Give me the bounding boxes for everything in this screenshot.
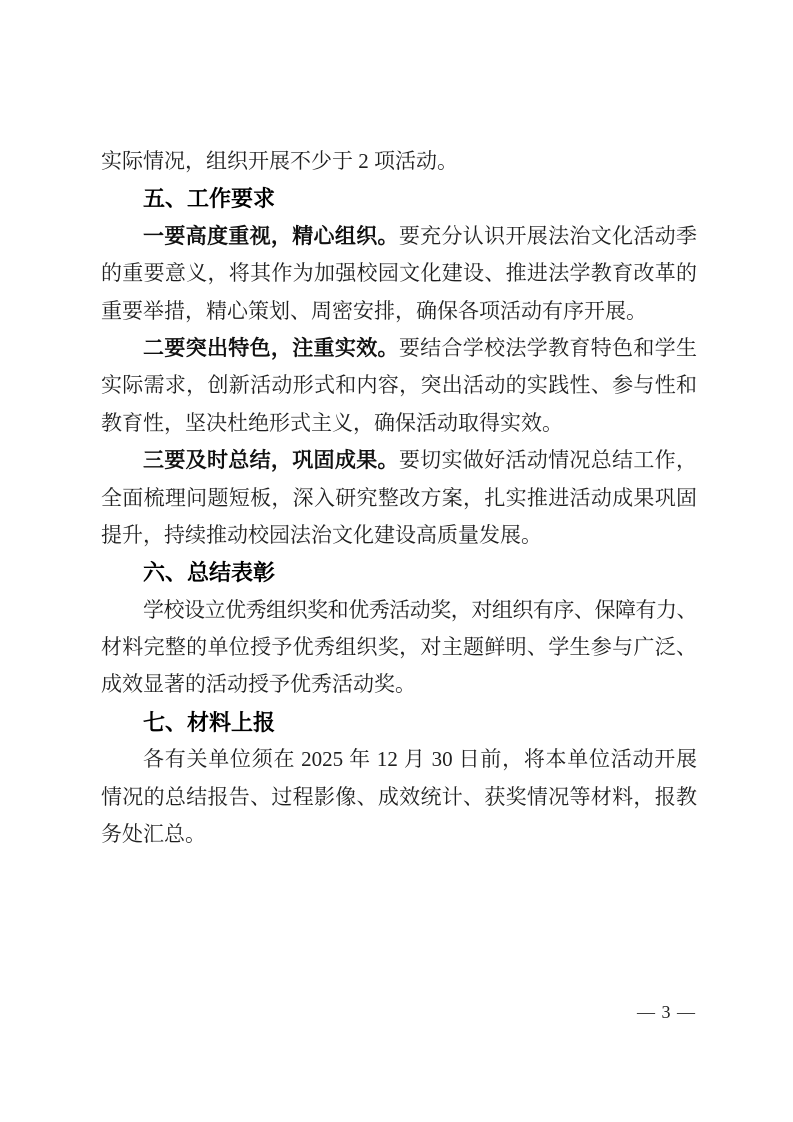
document-line: 各有关单位须在 2025 年 12 月 30 日前，将本单位活动开展 [101,741,697,778]
paragraph-text: 要充分认识开展法治文化活动季 [399,224,697,248]
document-line: 材料完整的单位授予优秀组织奖，对主题鲜明、学生参与广泛、 [101,629,697,666]
document-line: 三要及时总结，巩固成果。要切实做好活动情况总结工作， [101,442,697,479]
document-line: 实际情况，组织开展不少于 2 项活动。 [101,143,697,180]
paragraph-text: 要切实做好活动情况总结工作， [399,448,697,472]
document-line: 教育性，坚决杜绝形式主义，确保活动取得实效。 [101,405,697,442]
document-line: 成效显著的活动授予优秀活动奖。 [101,666,697,703]
document-line: 实际需求，创新活动形式和内容，突出活动的实践性、参与性和 [101,367,697,404]
paragraph-lead: 三要及时总结，巩固成果。 [143,448,399,472]
document-line: 务处汇总。 [101,816,697,853]
page-number: — 3 — [637,1001,696,1023]
document-line: 的重要意义，将其作为加强校园文化建设、推进法学教育改革的 [101,255,697,292]
document-page: 实际情况，组织开展不少于 2 项活动。 五、工作要求 一要高度重视，精心组织。要… [0,0,793,1122]
document-body: 实际情况，组织开展不少于 2 项活动。 五、工作要求 一要高度重视，精心组织。要… [101,143,697,853]
document-line: 提升，持续推动校园法治文化建设高质量发展。 [101,517,697,554]
document-line: 情况的总结报告、过程影像、成效统计、获奖情况等材料，报教 [101,779,697,816]
section-heading-summary-commendation: 六、总结表彰 [101,554,697,591]
paragraph-lead: 一要高度重视，精心组织。 [143,224,399,248]
document-line: 重要举措，精心策划、周密安排，确保各项活动有序开展。 [101,293,697,330]
document-line: 学校设立优秀组织奖和优秀活动奖，对组织有序、保障有力、 [101,592,697,629]
paragraph-text: 要结合学校法学教育特色和学生 [399,336,697,360]
section-heading-material-submission: 七、材料上报 [101,704,697,741]
document-line: 一要高度重视，精心组织。要充分认识开展法治文化活动季 [101,218,697,255]
document-line: 全面梳理问题短板，深入研究整改方案，扎实推进活动成果巩固 [101,480,697,517]
paragraph-lead: 二要突出特色，注重实效。 [143,336,399,360]
section-heading-work-requirements: 五、工作要求 [101,180,697,217]
document-line: 二要突出特色，注重实效。要结合学校法学教育特色和学生 [101,330,697,367]
